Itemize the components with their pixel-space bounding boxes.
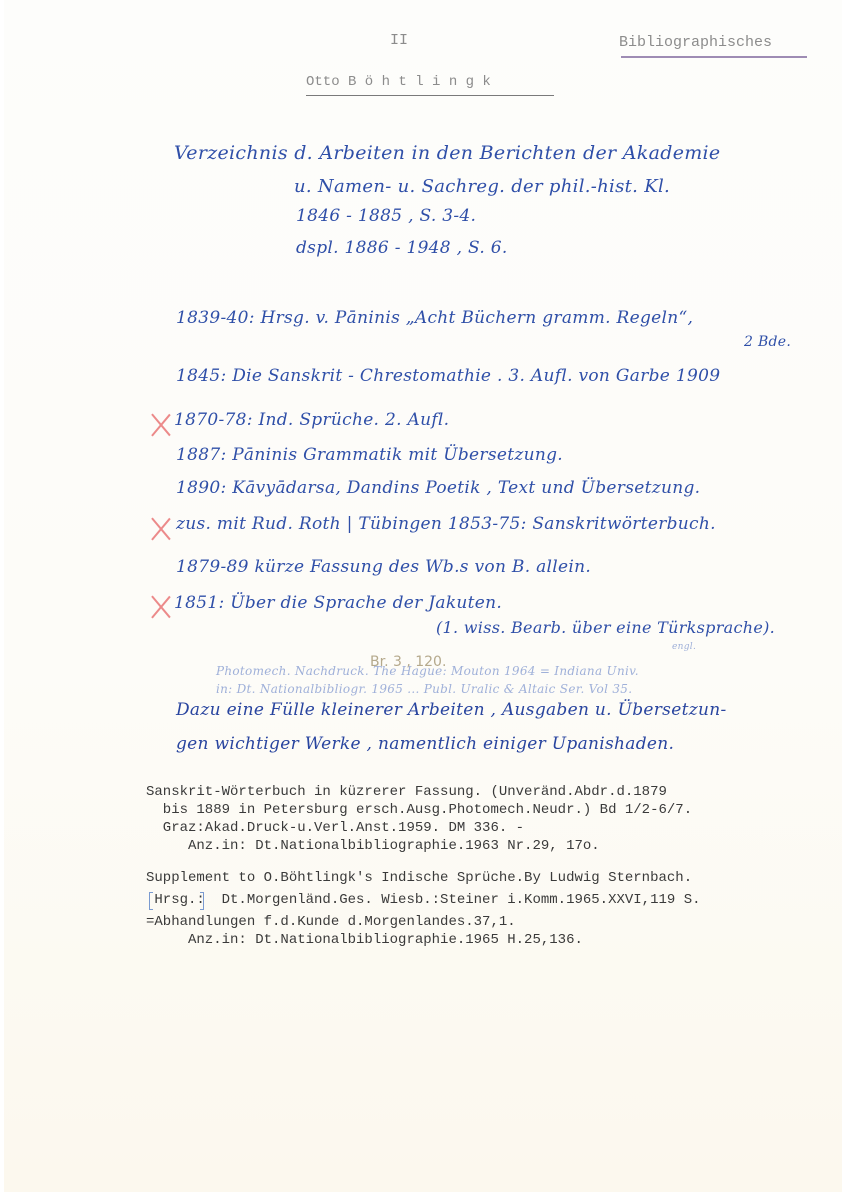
entry-1839: 1839-40: Hrsg. v. Pāninis „Acht Büchern … [176,308,693,328]
entry-1887: 1887: Pāninis Grammatik mit Übersetzung. [176,445,563,465]
author-name-underline [306,95,554,96]
red-cross-mark [150,518,172,540]
handwritten-index-line-4: dspl. 1886 - 1948 , S. 6. [296,238,508,258]
red-cross-mark [150,414,172,436]
typed-entry-2-line-3: =Abhandlungen f.d.Kunde d.Morgenlandes.3… [146,914,516,930]
entry-1845: 1845: Die Sanskrit - Chrestomathie . 3. … [176,366,720,386]
typed-entry-1-line-2: bis 1889 in Petersburg ersch.Ausg.Photom… [146,802,692,818]
entry-1870: 1870-78: Ind. Sprüche. 2. Aufl. [174,410,449,430]
handwritten-index-line-2: u. Namen- u. Sachreg. der phil.-hist. Kl… [294,176,670,197]
faint-superscript: engl. [672,642,696,652]
entry-1890: 1890: Kāvyādarsa, Dandins Poetik , Text … [176,478,700,498]
entry-1851: 1851: Über die Sprache der Jakuten. [174,593,502,613]
handwritten-index-line-3: 1846 - 1885 , S. 3-4. [296,206,476,226]
author-name: Otto B ö h t l i n g k [306,74,491,90]
handwritten-index-line-1: Verzeichnis d. Arbeiten in den Berichten… [174,142,720,164]
typed-entry-2-line-1: Supplement to O.Böhtlingk's Indische Spr… [146,870,692,886]
entry-1839-volumes: 2 Bde. [744,334,791,350]
red-cross-mark [150,596,172,618]
summary-line-2: gen wichtiger Werke , namentlich einiger… [176,734,674,754]
entry-1851-note: (1. wiss. Bearb. über eine Türksprache). [436,618,775,637]
entry-sanskrit-woerterbuch: zus. mit Rud. Roth | Tübingen 1853-75: S… [176,514,716,534]
typed-entry-2-line-4: Anz.in: Dt.Nationalbibliographie.1965 H.… [146,932,583,948]
summary-line-1: Dazu eine Fülle kleinerer Arbeiten , Aus… [176,700,727,720]
faint-reprint-note-line-1: Photomech. Nachdruck. The Hague: Mouton … [216,664,639,678]
entry-1879: 1879-89 kürze Fassung des Wb.s von B. al… [176,557,591,577]
typed-entry-2-line-2: Hrsg.: Dt.Morgenländ.Ges. Wiesb.:Steiner… [146,892,701,908]
typed-entry-1-line-4: Anz.in: Dt.Nationalbibliographie.1963 Nr… [146,838,600,854]
document-page: II Bibliographisches Otto B ö h t l i n … [4,0,842,1192]
page-number: II [390,32,408,49]
typed-entry-1-line-1: Sanskrit-Wörterbuch in küzrerer Fassung.… [146,784,667,800]
typed-entry-1-line-3: Graz:Akad.Druck-u.Verl.Anst.1959. DM 336… [146,820,524,836]
faint-reprint-note-line-2: in: Dt. Nationalbibliogr. 1965 ... Publ.… [216,682,632,696]
section-label-underline [621,56,807,58]
section-label: Bibliographisches [619,34,772,51]
